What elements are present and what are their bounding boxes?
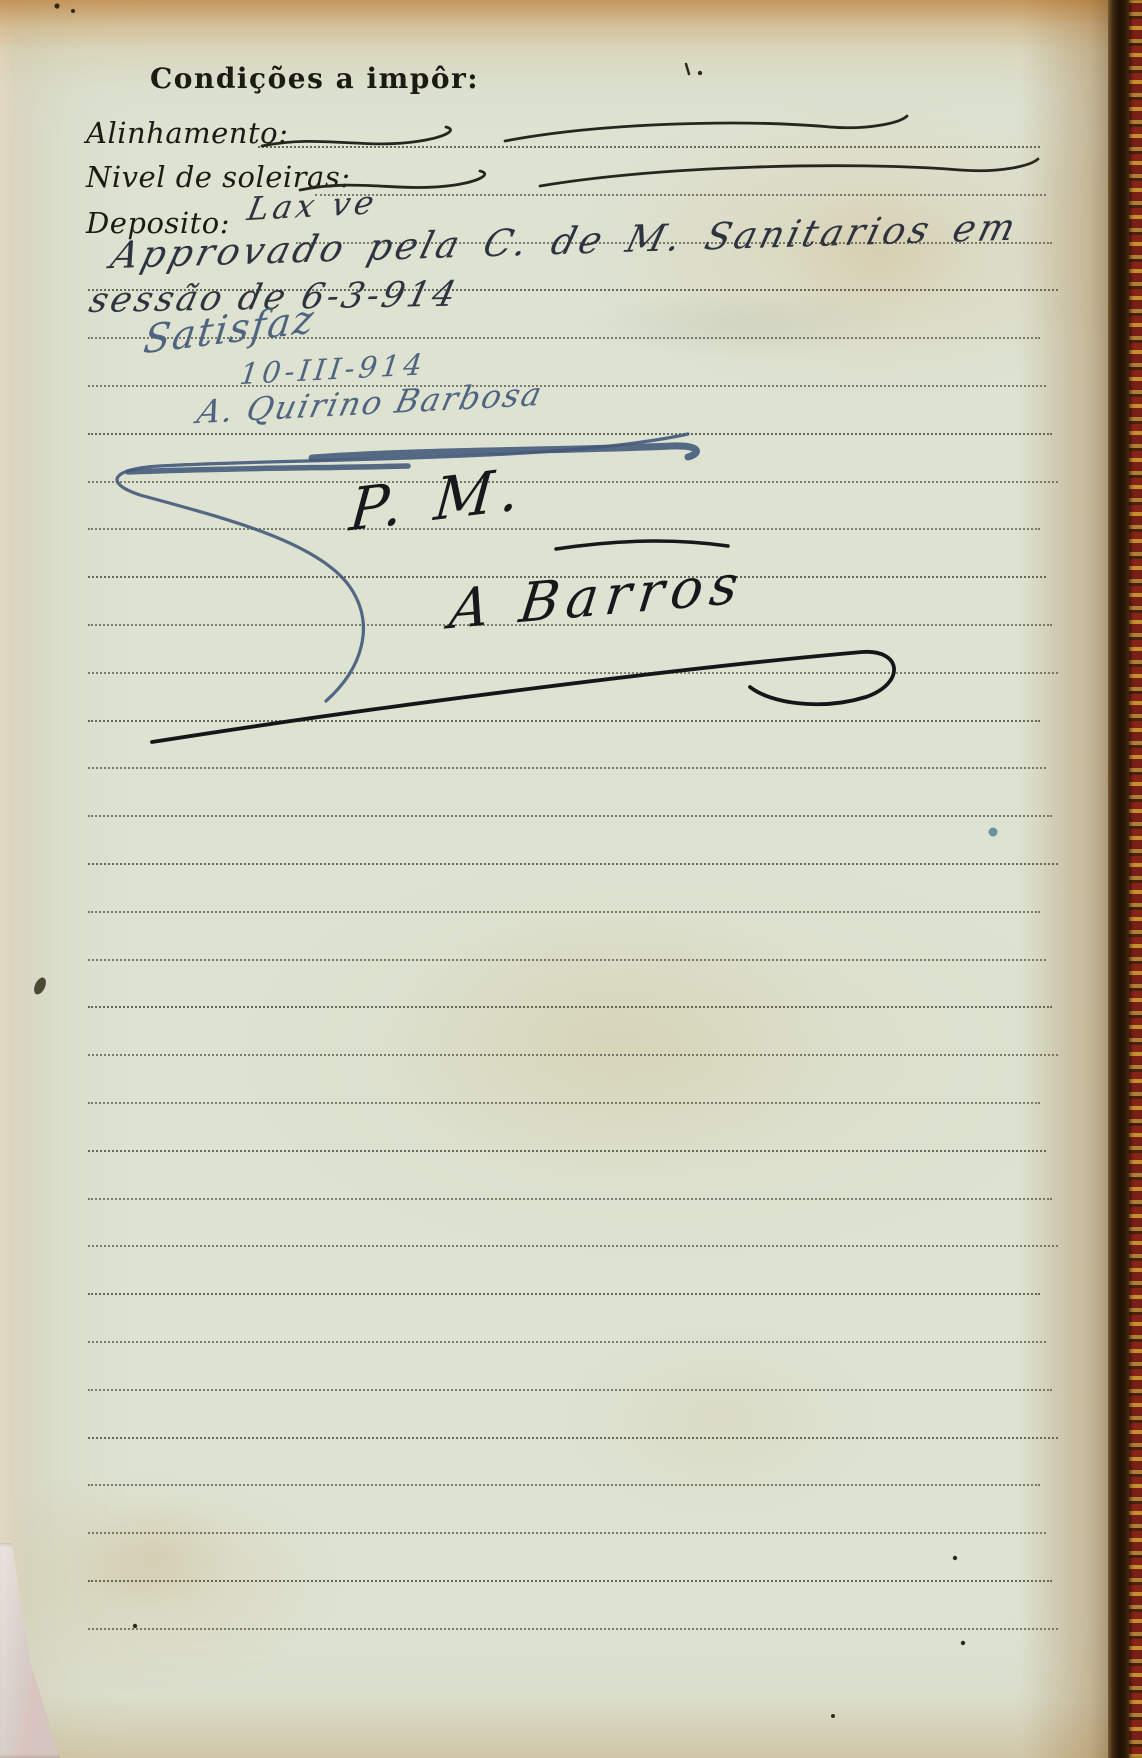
ruled-line xyxy=(88,1245,1058,1247)
ruled-line xyxy=(88,1006,1052,1008)
ruled-line xyxy=(88,959,1046,961)
ruled-line xyxy=(88,911,1040,913)
ruled-line xyxy=(88,1389,1052,1391)
book-binding xyxy=(1108,0,1130,1758)
ruled-line xyxy=(88,481,1058,483)
field-label-alinhamento: Alinhamento: xyxy=(86,116,288,150)
handwriting-deposito-entry: Lax ve xyxy=(244,183,381,228)
ruled-line xyxy=(88,767,1046,769)
ruled-line xyxy=(88,1198,1052,1200)
ruled-line xyxy=(88,1484,1040,1486)
ruled-line xyxy=(88,863,1058,865)
ruled-line xyxy=(88,1054,1058,1056)
cover-ornament-strip xyxy=(1129,0,1142,1758)
ruled-line xyxy=(88,1102,1040,1104)
ruled-line xyxy=(88,815,1052,817)
ruled-line xyxy=(88,385,1046,387)
ruled-line xyxy=(88,1341,1046,1343)
ruled-line xyxy=(88,720,1040,722)
ruled-line xyxy=(88,528,1040,530)
scanned-page: Condições a impôr: Alinhamento: Nivel de… xyxy=(0,0,1142,1758)
ruled-line xyxy=(88,1437,1058,1439)
ruled-line xyxy=(315,194,1046,196)
ruled-line xyxy=(88,1580,1052,1582)
ruled-line xyxy=(258,146,1040,148)
ruled-line xyxy=(88,1293,1040,1295)
page-heading: Condições a impôr: xyxy=(150,62,479,95)
ruled-line xyxy=(88,672,1058,674)
page-curl-shadow xyxy=(1020,0,1112,1758)
ruled-line xyxy=(88,433,1052,435)
ruled-line xyxy=(88,1628,1058,1630)
ruled-line xyxy=(88,1150,1046,1152)
ruled-line xyxy=(88,1532,1046,1534)
